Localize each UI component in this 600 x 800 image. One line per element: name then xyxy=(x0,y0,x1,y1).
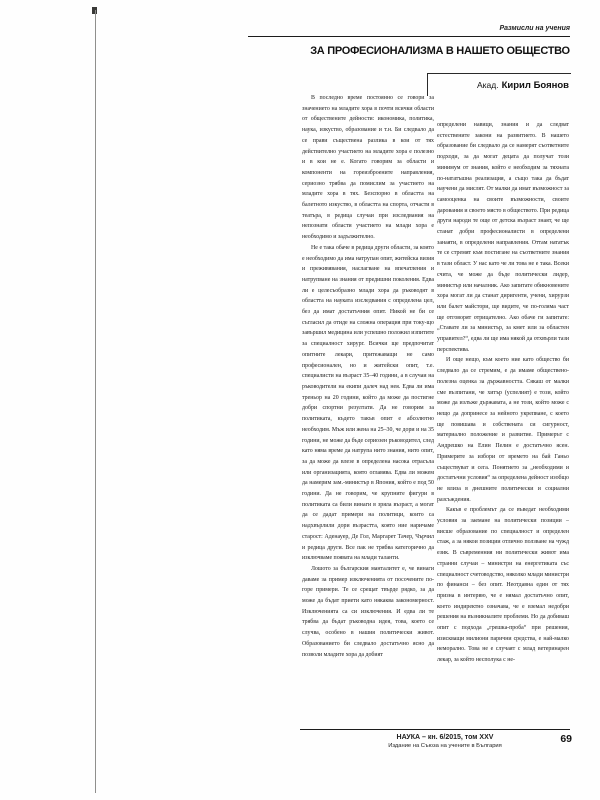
author-name: Кирил Боянов xyxy=(502,80,569,91)
body-right-column: определени навици, знания и да следват е… xyxy=(437,120,569,722)
paragraph: В последно време постоянно се говори за … xyxy=(302,93,434,243)
body-left-column: В последно време постоянно се говори за … xyxy=(302,93,434,727)
page-number: 69 xyxy=(540,733,572,745)
header-rule xyxy=(248,36,570,37)
paragraph: Лошото за българския манталитет е, че ви… xyxy=(302,564,434,660)
footer-rule xyxy=(300,729,570,730)
paragraph: И още нещо, към което ние като общество … xyxy=(437,355,569,505)
footer: НАУКА – кн. 6/2015, том XXV Издание на С… xyxy=(320,733,570,750)
author-box: Акад. Кирил Боянов xyxy=(427,73,571,96)
author-prefix: Акад. xyxy=(477,80,499,90)
journal-page: Размисли на учения ЗА ПРОФЕСИОНАЛИЗМА В … xyxy=(0,0,600,800)
paragraph: Какъв е проблемът да се въведат необходи… xyxy=(437,505,569,666)
running-head: Размисли на учения xyxy=(300,25,570,32)
scan-edge-line xyxy=(95,10,96,793)
paragraph: определени навици, знания и да следват е… xyxy=(437,120,569,355)
paragraph: Не е така обаче в редица други области, … xyxy=(302,243,434,564)
footer-publisher-line: Издание на Съюза на учените в България xyxy=(320,742,570,750)
footer-journal-line: НАУКА – кн. 6/2015, том XXV xyxy=(320,733,570,742)
page-title: ЗА ПРОФЕСИОНАЛИЗМА В НАШЕТО ОБЩЕСТВО xyxy=(310,45,570,57)
